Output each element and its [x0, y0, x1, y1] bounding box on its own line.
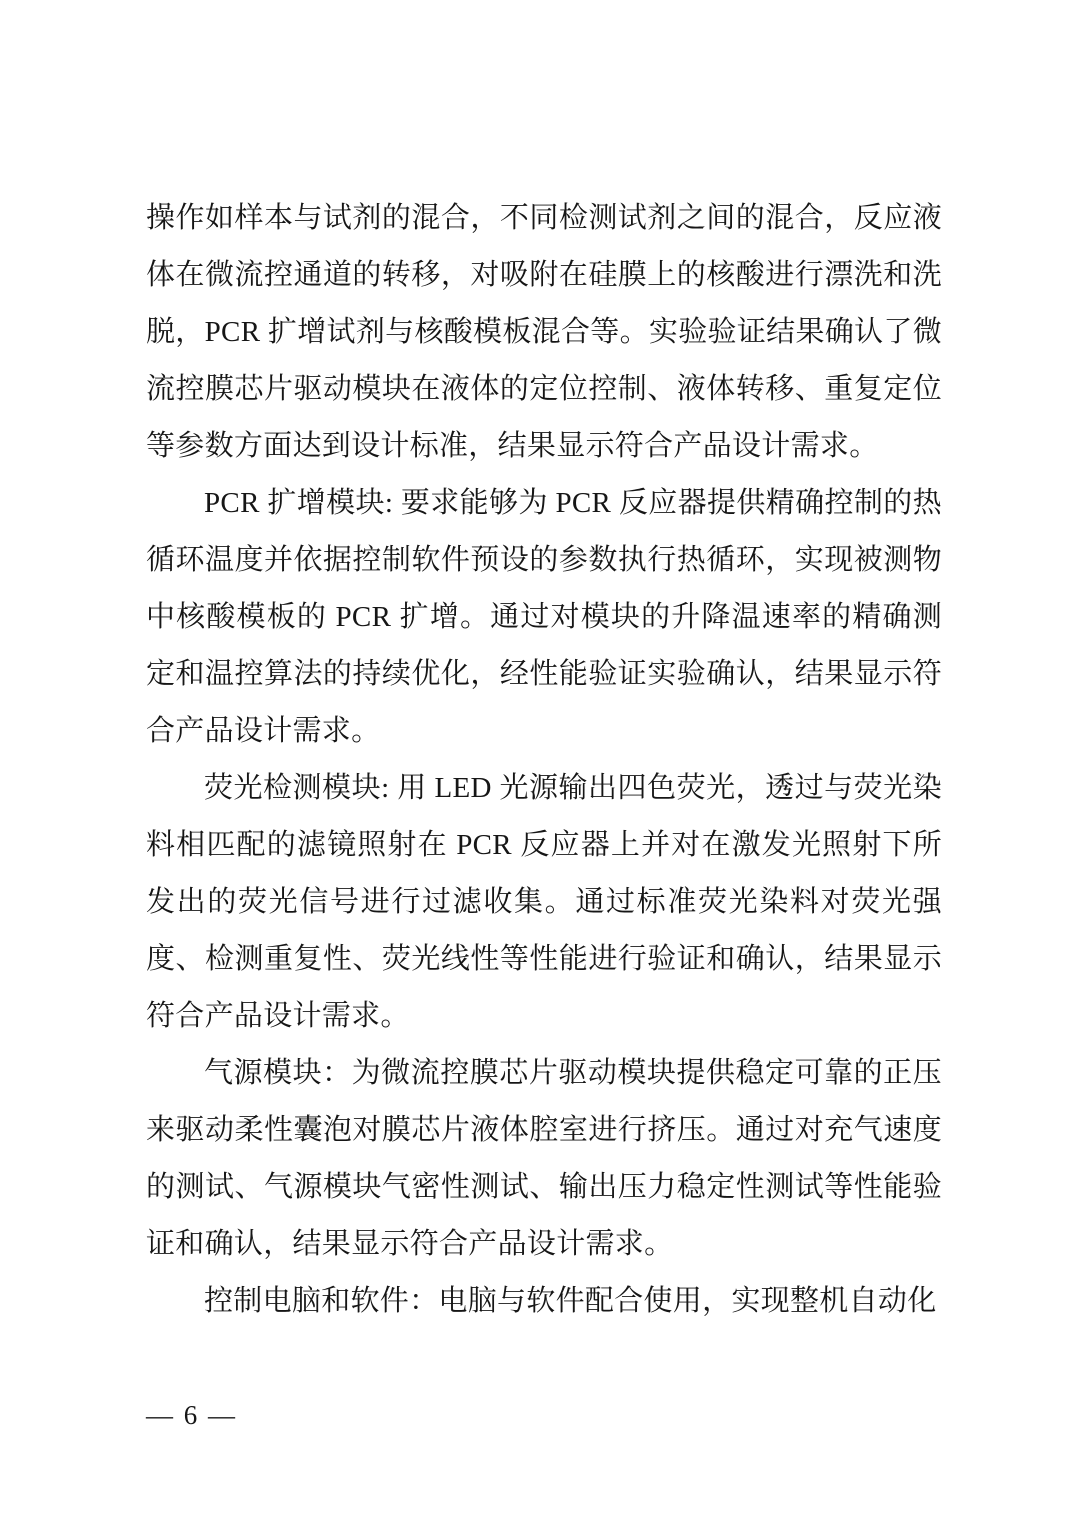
page-number: — 6 — — [146, 1399, 237, 1431]
paragraph-microfluidic-continuation: 操作如样本与试剂的混合，不同检测试剂之间的混合，反应液体在微流控通道的转移，对吸… — [146, 190, 942, 475]
document-page: 操作如样本与试剂的混合，不同检测试剂之间的混合，反应液体在微流控通道的转移，对吸… — [0, 0, 1080, 1527]
paragraph-control-computer-software: 控制电脑和软件：电脑与软件配合使用，实现整机自动化 — [146, 1273, 942, 1330]
paragraph-fluorescence-detection-module: 荧光检测模块: 用 LED 光源输出四色荧光，透过与荧光染料相匹配的滤镜照射在 … — [146, 760, 942, 1045]
paragraph-pcr-amplification-module: PCR 扩增模块: 要求能够为 PCR 反应器提供精确控制的热循环温度并依据控制… — [146, 475, 942, 760]
document-body: 操作如样本与试剂的混合，不同检测试剂之间的混合，反应液体在微流控通道的转移，对吸… — [146, 190, 942, 1330]
paragraph-gas-source-module: 气源模块：为微流控膜芯片驱动模块提供稳定可靠的正压来驱动柔性囊泡对膜芯片液体腔室… — [146, 1045, 942, 1273]
